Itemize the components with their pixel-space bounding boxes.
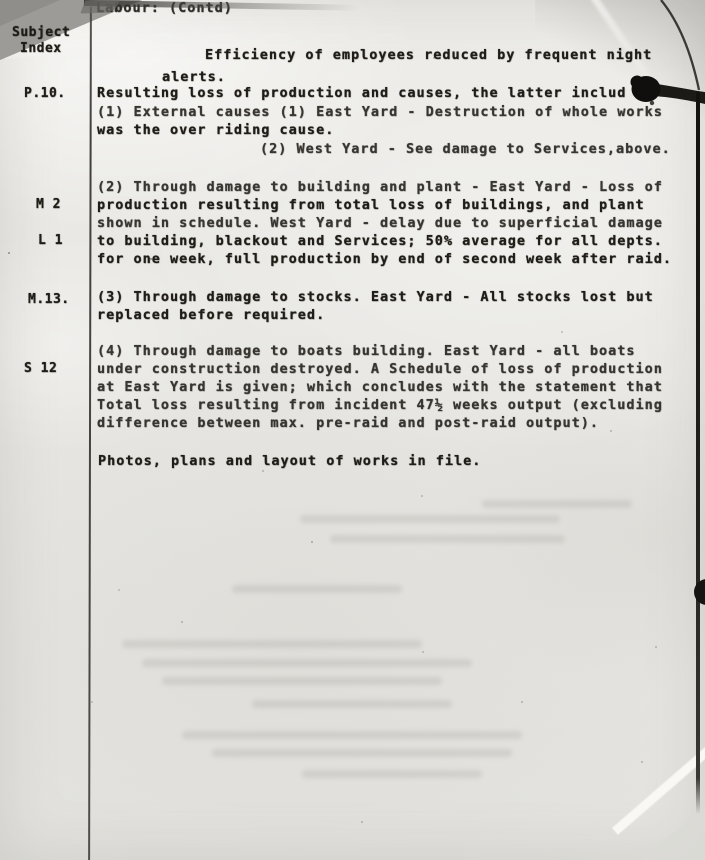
body-line: to building, blackout and Services; 50% …: [97, 234, 663, 249]
bleed-through-smudge: [182, 731, 522, 739]
scanned-document-page: Labour: (Contd) Subject Index P.10. M 2 …: [0, 0, 705, 860]
bleed-through-smudge: [300, 515, 560, 523]
heading-line: alerts.: [162, 70, 226, 85]
bleed-through-smudge: [142, 659, 472, 667]
body-line: for one week, full production by end of …: [97, 252, 672, 267]
body-line: under construction destroyed. A Schedule…: [97, 362, 663, 377]
body-line: (3) Through damage to stocks. East Yard …: [97, 290, 654, 305]
body-line: Total loss resulting from incident 47½ w…: [97, 398, 663, 413]
body-line: at East Yard is given; which concludes w…: [97, 380, 663, 395]
margin-ref-l1: L 1: [38, 233, 63, 248]
bleed-through-smudge: [330, 535, 565, 543]
body-line: (2) West Yard - See damage to Services,a…: [260, 142, 671, 157]
page-right-edge-line: [696, 92, 700, 814]
body-line: Resulting loss of production and causes,…: [97, 86, 626, 101]
body-line: replaced before required.: [97, 308, 325, 323]
bleed-through-smudge: [302, 770, 482, 778]
bleed-through-smudge: [162, 677, 442, 685]
bleed-through-smudge: [122, 640, 422, 648]
bleed-through-smudge: [212, 749, 512, 757]
margin-ref-m13: M.13.: [28, 292, 70, 307]
body-line: (1) External causes (1) East Yard - Dest…: [97, 105, 663, 120]
body-line: shown in schedule. West Yard - delay due…: [97, 216, 663, 231]
subject-index-label-line1: Subject: [12, 25, 70, 40]
bleed-through-smudge: [232, 585, 402, 593]
body-line: (2) Through damage to building and plant…: [97, 180, 663, 195]
body-line: was the over riding cause.: [97, 123, 334, 138]
bleed-through-smudge: [482, 500, 632, 508]
subject-index-label-line2: Index: [20, 41, 62, 56]
heading-line: Efficiency of employees reduced by frequ…: [205, 48, 652, 63]
body-line: Photos, plans and layout of works in fil…: [98, 454, 481, 469]
bottom-right-corner-shade: [639, 808, 705, 860]
paper-speckles: [0, 0, 2, 2]
body-line: (4) Through damage to boats building. Ea…: [97, 344, 636, 359]
margin-ref-m2: M 2: [36, 197, 61, 212]
margin-ref-p10: P.10.: [24, 86, 66, 101]
subject-index-rule-line: [88, 7, 92, 860]
margin-ref-s12: S 12: [24, 361, 57, 376]
body-line: production resulting from total loss of …: [97, 198, 645, 213]
bleed-through-smudge: [252, 700, 452, 708]
body-line: difference between max. pre-raid and pos…: [97, 416, 599, 431]
